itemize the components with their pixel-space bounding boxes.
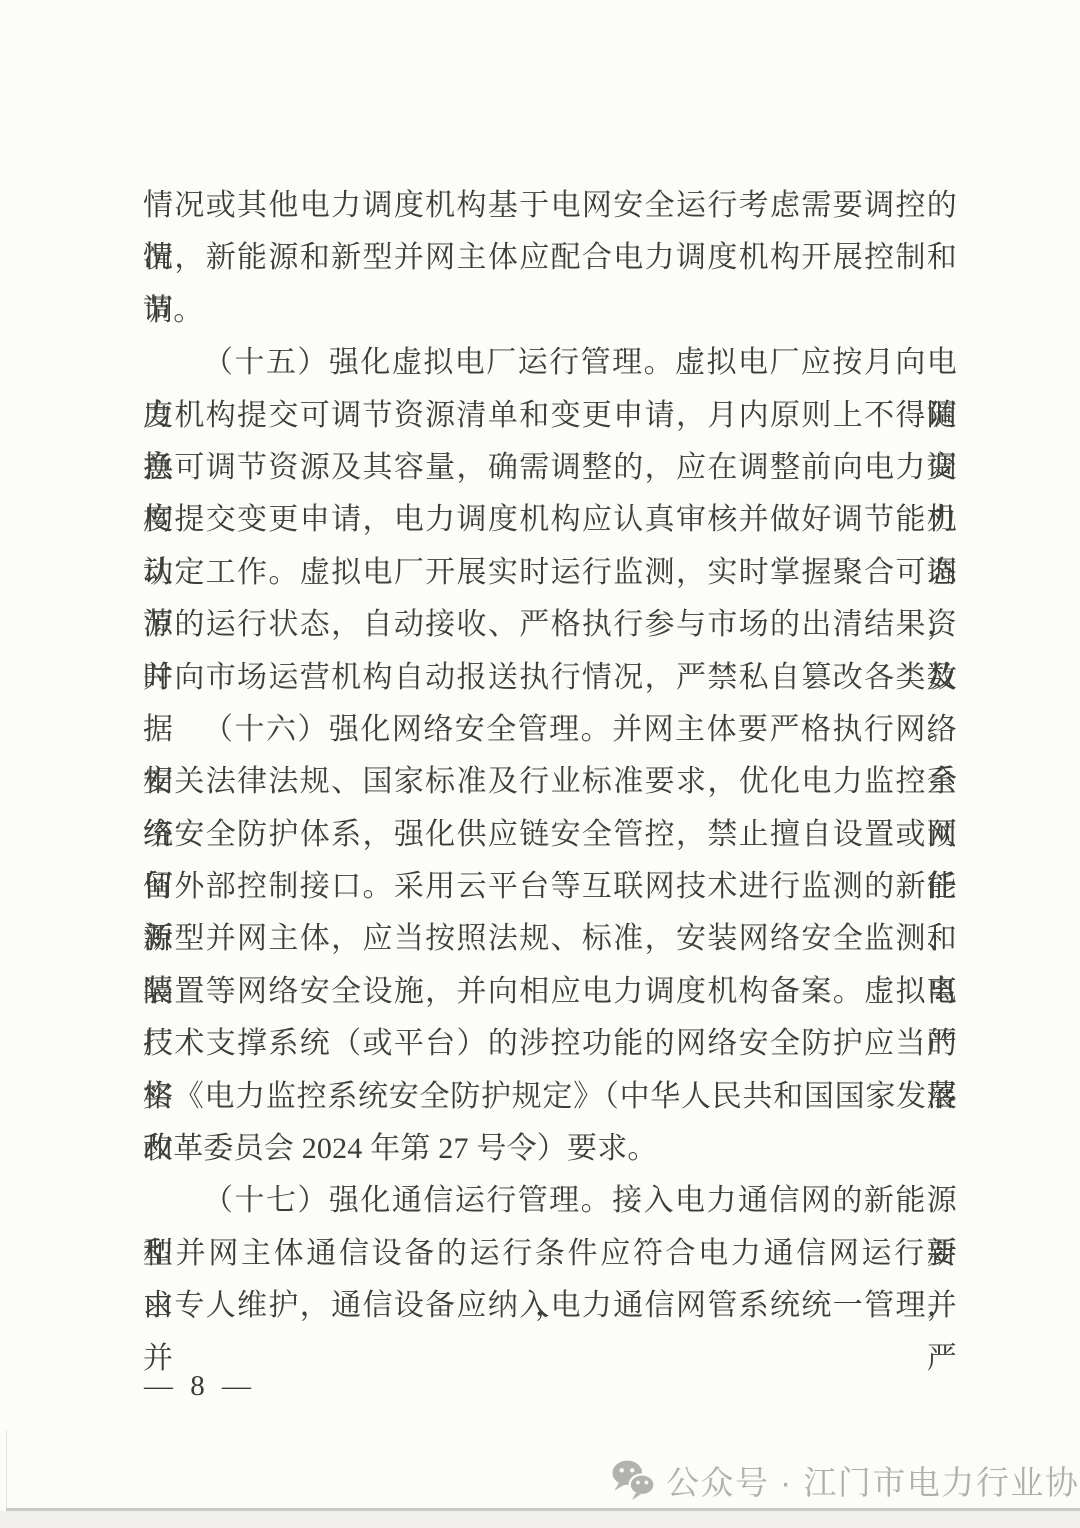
- text-line: 相关法律法规、国家标准及行业标准要求，优化电力监控系统网: [143, 756, 957, 808]
- text-line: 况，新能源和新型并网主体应配合电力调度机构开展控制和调: [143, 232, 957, 284]
- wechat-watermark: 公众号 · 江门市电力行业协会: [610, 1458, 1080, 1502]
- text-line: 情况或其他电力调度机构基于电网安全运行考虑需要调控的情: [143, 180, 957, 232]
- text-line: 改革委员会 2024 年第 27 号令）要求。: [143, 1123, 957, 1175]
- text-line: 何外部控制接口。采用云平台等互联网技术进行监测的新能源和: [143, 861, 957, 913]
- text-line: 由专人维护，通信设备应纳入电力通信网管系统统一管理，并严: [143, 1280, 957, 1332]
- text-line: 构提交变更申请，电力调度机构应认真审核并做好调节能力动态: [143, 494, 957, 546]
- text-line: 时向市场运营机构自动报送执行情况，严禁私自篡改各类数据。: [143, 652, 957, 704]
- text-line: 度机构提交可调节资源清单和变更申请，月内原则上不得随意变: [143, 390, 957, 442]
- text-line paragraph-start: （十七）强化通信运行管理。接入电力通信网的新能源和新: [143, 1175, 957, 1227]
- text-line: 节。: [143, 285, 957, 337]
- text-line: 实《电力监控系统安全防护规定》（中华人民共和国国家发展和: [143, 1071, 957, 1123]
- text-line: 技术支撑系统（或平台）的涉控功能的网络安全防护应当严格落: [143, 1018, 957, 1070]
- document-body-text: 情况或其他电力调度机构基于电网安全运行考虑需要调控的情 况，新能源和新型并网主体…: [143, 180, 957, 1333]
- text-line: 型并网主体通信设备的运行条件应符合电力通信网运行要求，并: [143, 1228, 957, 1280]
- text-line: 认定工作。虚拟电厂开展实时运行监测，实时掌握聚合可调节资: [143, 547, 957, 599]
- page-number: — 8 —: [144, 1368, 256, 1404]
- text-line: 换可调节资源及其容量，确需调整的，应在调整前向电力调度机: [143, 442, 957, 494]
- text-line: 装置等网络安全设施，并向相应电力调度机构备案。虚拟电厂的: [143, 966, 957, 1018]
- text-line: 新型并网主体，应当按照法规、标准，安装网络安全监测、隔离: [143, 913, 957, 965]
- wechat-account-label: 公众号 · 江门市电力行业协会: [666, 1457, 1080, 1504]
- text-line: 源的运行状态，自动接收、严格执行参与市场的出清结果，并及: [143, 599, 957, 651]
- bottom-page-edge: [0, 1511, 1080, 1528]
- wechat-icon: [610, 1459, 656, 1501]
- document-page: 情况或其他电力调度机构基于电网安全运行考虑需要调控的情 况，新能源和新型并网主体…: [0, 0, 1080, 1528]
- text-line: 络安全防护体系，强化供应链安全管控，禁止擅自设置或预留任: [143, 809, 957, 861]
- text-line paragraph-start: （十六）强化网络安全管理。并网主体要严格执行网络安全: [143, 704, 957, 756]
- text-line paragraph-start: （十五）强化虚拟电厂运行管理。虚拟电厂应按月向电力调: [143, 337, 957, 389]
